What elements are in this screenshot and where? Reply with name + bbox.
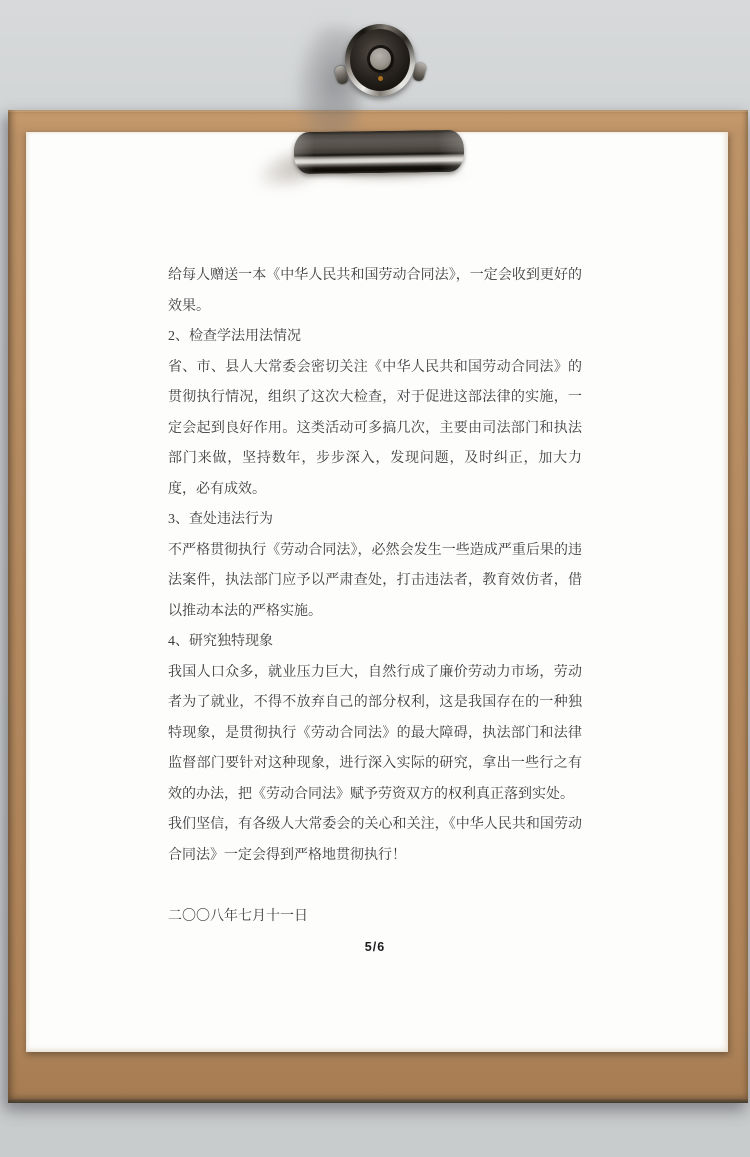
document-date-line: 二〇〇八年七月十一日 [168,902,582,933]
scene: 给每人赠送一本《中华人民共和国劳动合同法》，一定会收到更好的效果。 2、检查学法… [0,0,750,1157]
document-text-block: 给每人赠送一本《中华人民共和国劳动合同法》，一定会收到更好的效果。 2、检查学法… [168,132,582,963]
clip-clamp-bar [294,130,465,174]
document-paragraph: 我国人口众多，就业压力巨大，自然行成了廉价劳动力市场，劳动者为了就业，不得不放弃… [168,658,582,811]
page-number: 5/6 [168,932,582,963]
clip-knob-face [350,29,410,91]
document-paragraph: 不严格贯彻执行《劳动合同法》，必然会发生一些造成严重后果的违法案件，执法部门应予… [168,536,582,628]
document-paragraph: 我们坚信，有各级人大常委会的关心和关注，《中华人民共和国劳动合同法》一定会得到严… [168,810,582,871]
document-paragraph: 2、检查学法用法情况 [168,322,582,353]
clip-round-knob [345,24,415,96]
document-paragraph: 3、查处违法行为 [168,505,582,536]
document-page: 给每人赠送一本《中华人民共和国劳动合同法》，一定会收到更好的效果。 2、检查学法… [26,132,728,1052]
document-paragraph: 给每人赠送一本《中华人民共和国劳动合同法》，一定会收到更好的效果。 [168,261,582,322]
document-paragraph: 4、研究独特现象 [168,627,582,658]
clipboard-bottom-edge [8,1099,748,1103]
clip-knob-hole [370,48,391,70]
clip-knob-reflection-dot [378,76,383,81]
document-paragraph: 省、市、县人大常委会密切关注《中华人民共和国劳动合同法》的贯彻执行情况，组织了这… [168,353,582,506]
